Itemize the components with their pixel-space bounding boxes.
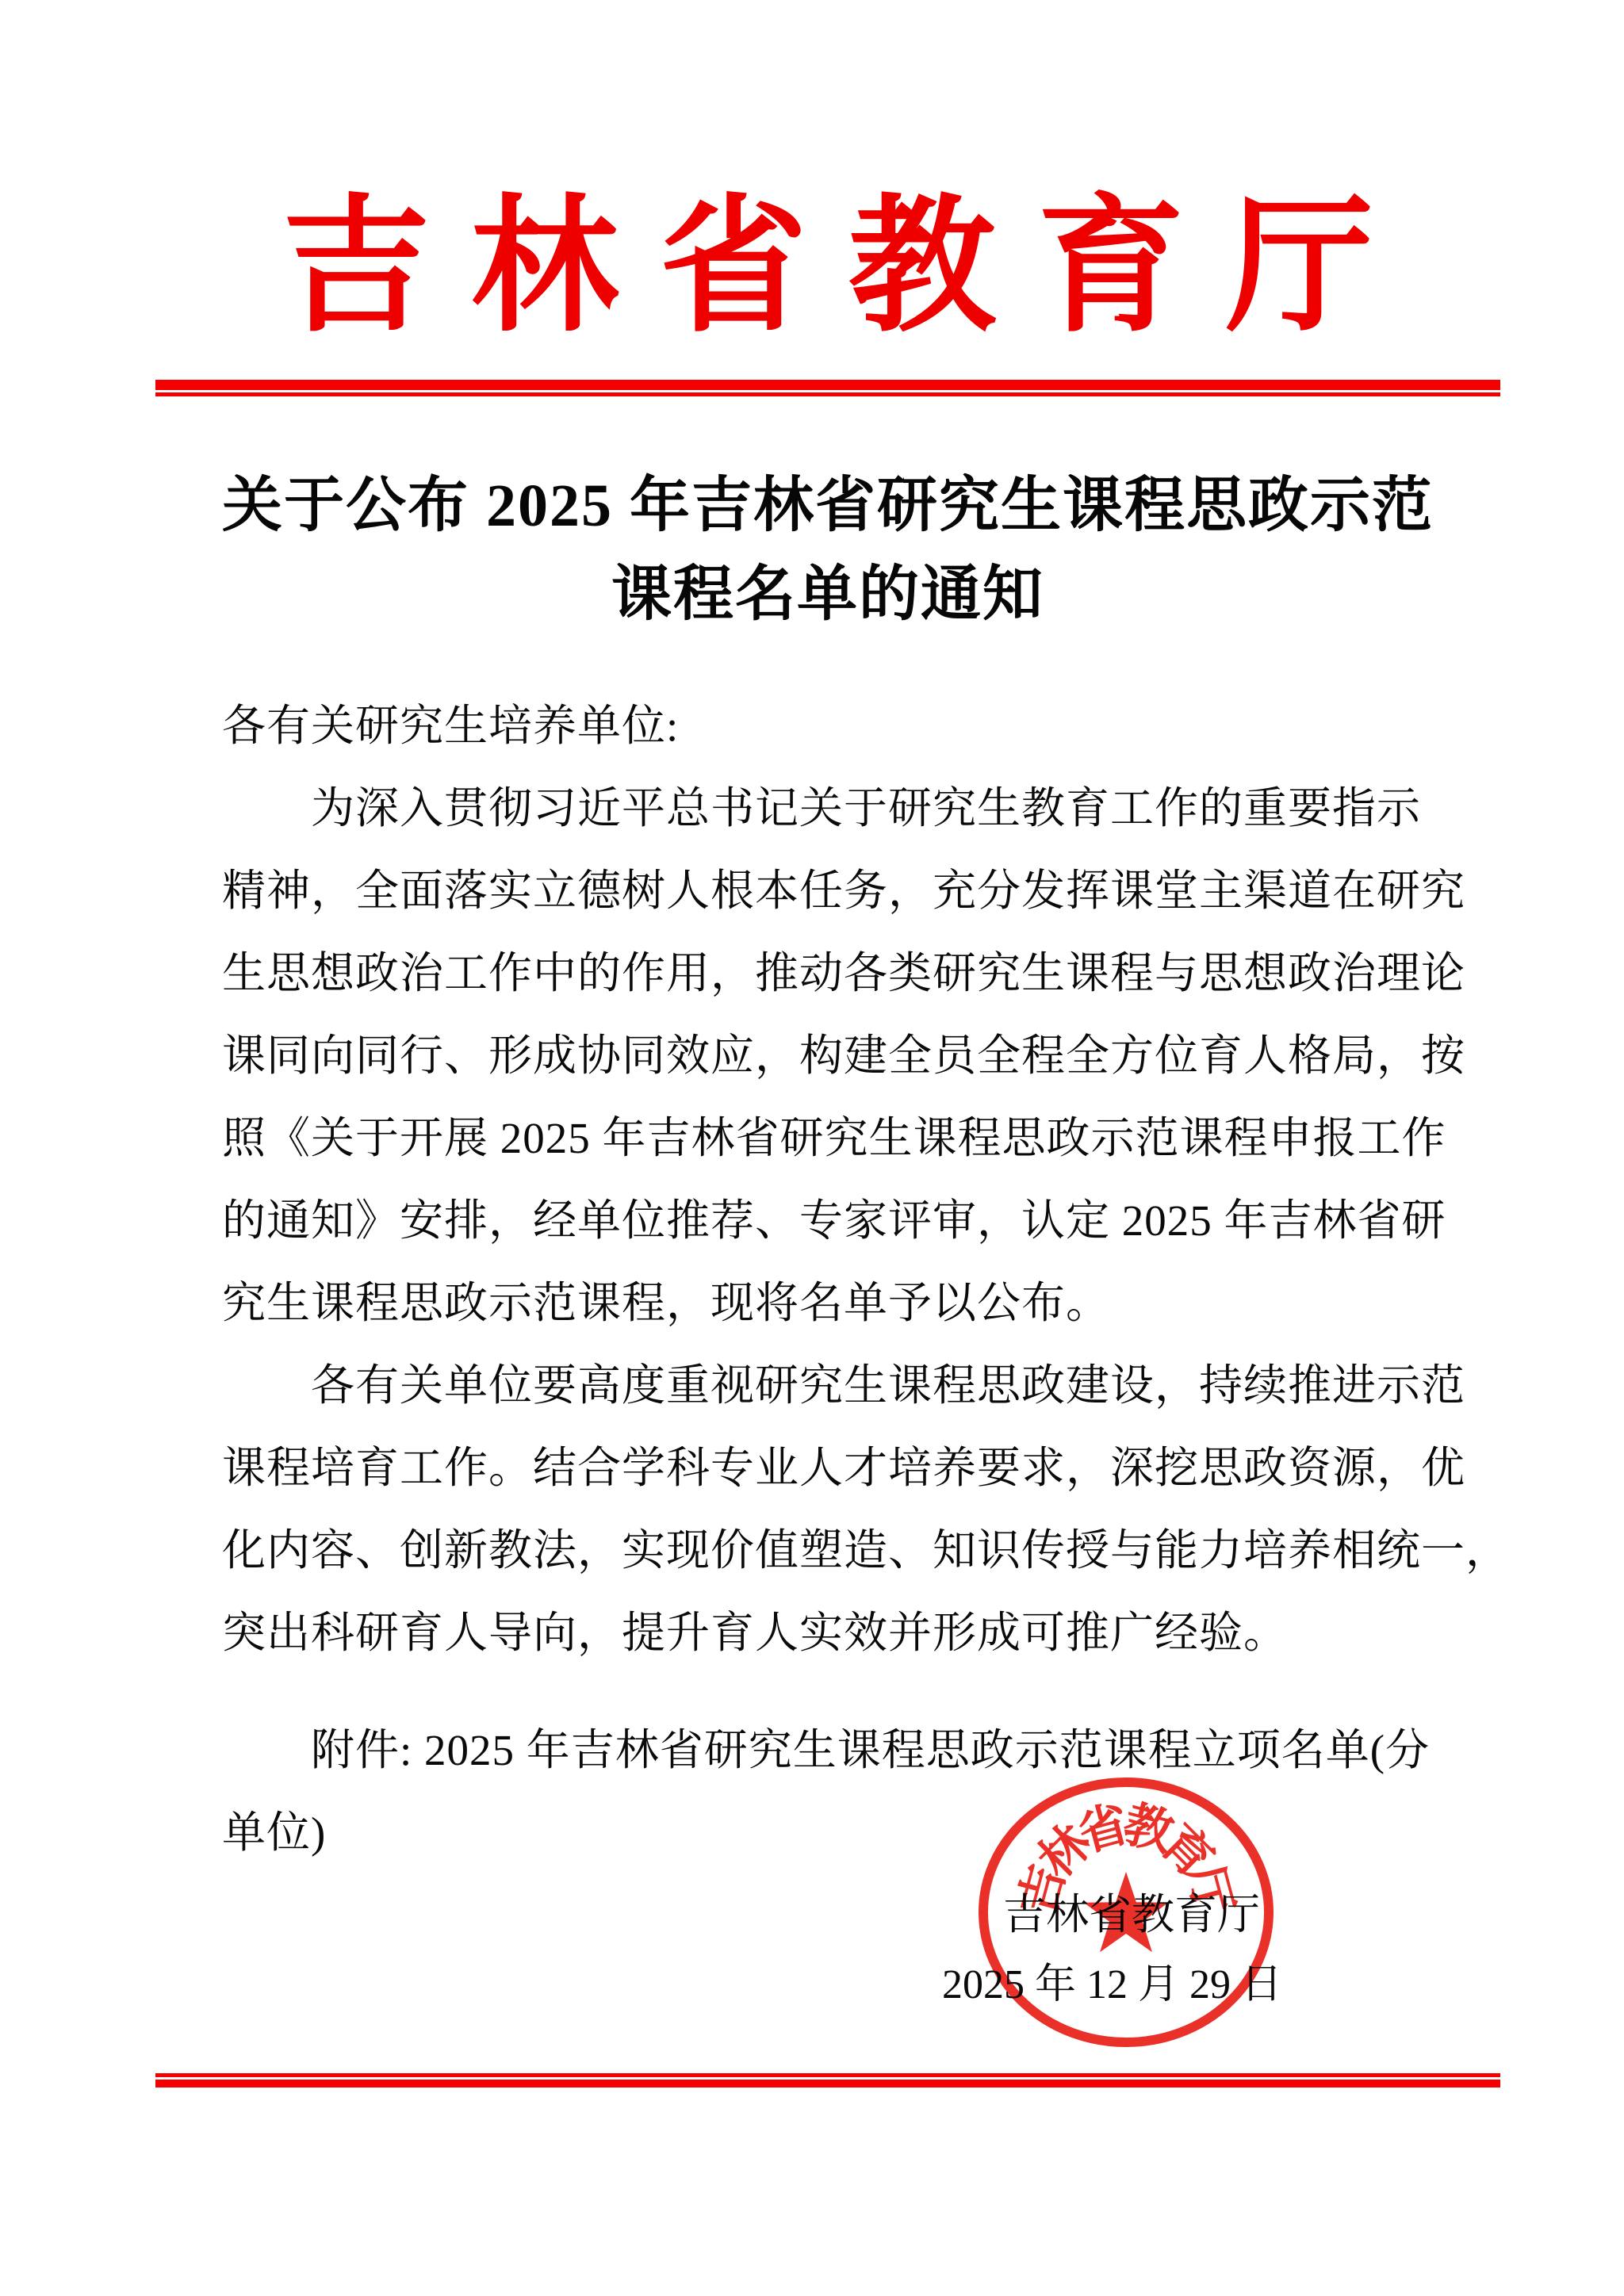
bottom-rule-thick (155, 2080, 1500, 2087)
body-line: 突出科研育人导向，提升育人实效并形成可推广经验。 (222, 1592, 1443, 1674)
document-title-line1: 关于公布 2025 年吉林省研究生课程思政示范 (155, 461, 1500, 550)
top-rule-thin (155, 392, 1500, 396)
attachment-line1: 附件: 2025 年吉林省研究生课程思政示范课程立项名单(分 (222, 1709, 1443, 1792)
body-line: 化内容、创新教法，实现价值塑造、知识传授与能力培养相统一， (222, 1510, 1443, 1592)
document-title-line2: 课程名单的通知 (155, 550, 1500, 639)
attachment-note: 附件: 2025 年吉林省研究生课程思政示范课程立项名单(分 单位) (222, 1709, 1443, 1874)
body-text: 各有关研究生培养单位: 为深入贯彻习近平总书记关于研究生教育工作的重要指示 精神… (222, 685, 1443, 1674)
bottom-rule-thin (155, 2073, 1500, 2077)
body-line: 精神，全面落实立德树人根本任务，充分发挥课堂主渠道在研究 (222, 850, 1443, 932)
body-line: 为深入贯彻习近平总书记关于研究生教育工作的重要指示 (222, 767, 1443, 850)
signature-agency: 吉林省教育厅 (1003, 1893, 1260, 1936)
attachment-line2: 单位) (222, 1792, 1443, 1874)
salutation: 各有关研究生培养单位: (222, 685, 1443, 767)
body-line: 课同向同行、形成协同效应，构建全员全程全方位育人格局，按 (222, 1015, 1443, 1097)
top-rule-thick (155, 380, 1500, 390)
body-line: 究生课程思政示范课程，现将名单予以公布。 (222, 1262, 1443, 1345)
document-page: 吉林省教育厅 关于公布 2025 年吉林省研究生课程思政示范 课程名单的通知 各… (0, 0, 1624, 2296)
letterhead-agency-title: 吉林省教育厅 (155, 190, 1500, 346)
body-line: 课程培育工作。结合学科专业人才培养要求，深挖思政资源，优 (222, 1427, 1443, 1510)
body-line: 照《关于开展 2025 年吉林省研究生课程思政示范课程申报工作 (222, 1097, 1443, 1180)
body-line: 生思想政治工作中的作用，推动各类研究生课程与思想政治理论 (222, 932, 1443, 1015)
body-line: 各有关单位要高度重视研究生课程思政建设，持续推进示范 (222, 1345, 1443, 1427)
body-line: 的通知》安排，经单位推荐、专家评审，认定 2025 年吉林省研 (222, 1180, 1443, 1262)
signature-date: 2025 年 12 月 29 日 (942, 1965, 1282, 2006)
document-title: 关于公布 2025 年吉林省研究生课程思政示范 课程名单的通知 (155, 461, 1500, 639)
